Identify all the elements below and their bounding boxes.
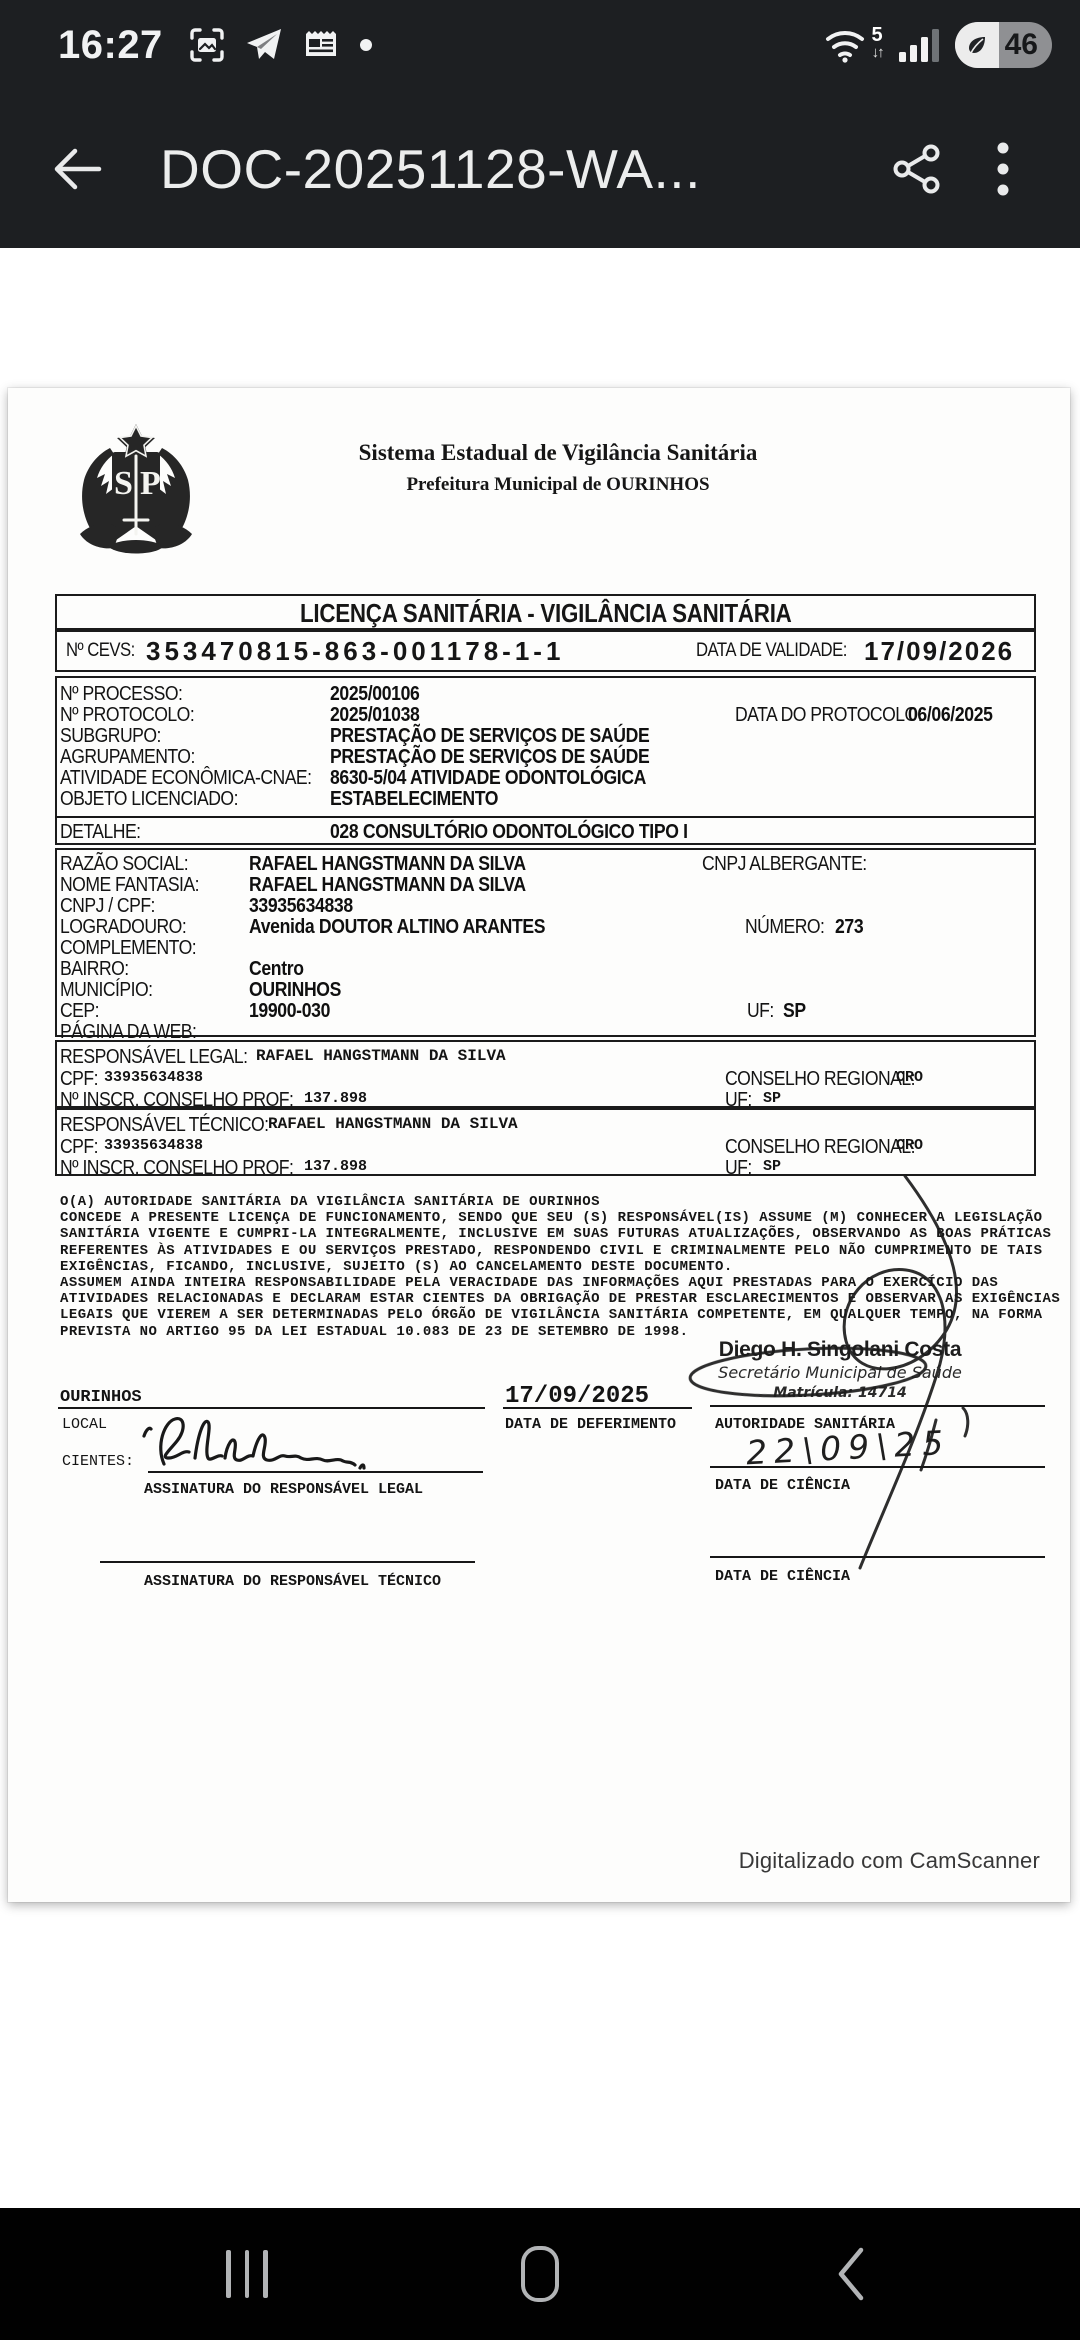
wifi-5g-badge: 5: [872, 25, 883, 45]
uf-value: SP: [763, 1090, 781, 1107]
calendar-icon: [303, 27, 339, 63]
inscr-label: Nº INSCR. CONSELHO PROF:: [60, 1157, 293, 1180]
conselho-value: CRO: [896, 1137, 923, 1154]
navigation-bar: [0, 2208, 1080, 2340]
uf-label: UF:: [747, 1000, 774, 1023]
ciencia-label-2: DATA DE CIÊNCIA: [715, 1568, 850, 1585]
field-label: BAIRRO:: [60, 958, 129, 981]
legal-text-line: CONCEDE A PRESENTE LICENÇA DE FUNCIONAME…: [60, 1210, 1060, 1226]
field-label: SUBGRUPO:: [60, 725, 161, 748]
field-label: Nº PROCESSO:: [60, 683, 182, 706]
back-arrow-icon[interactable]: [34, 126, 120, 212]
back-icon[interactable]: [795, 2208, 905, 2340]
field-value: 8630-5/04 ATIVIDADE ODONTOLÓGICA: [330, 767, 646, 790]
cpf-value: 33935634838: [104, 1137, 203, 1154]
legal-text-line: EXIGÊNCIAS, FICANDO, INCLUSIVE, SUJEITO …: [60, 1259, 1060, 1275]
legal-text-line: REFERENTES ÀS ATIVIDADES E OU SERVIÇOS P…: [60, 1243, 1060, 1259]
kebab-menu-icon[interactable]: [960, 126, 1046, 212]
uf-label: UF:: [725, 1157, 752, 1180]
document-page[interactable]: S P Sistema Estadual de Vigilância Sanit…: [8, 388, 1070, 1902]
field-label: AGRUPAMENTO:: [60, 746, 195, 769]
cpf-label: CPF:: [60, 1068, 98, 1091]
field-label: CEP:: [60, 1000, 99, 1023]
resp-legal-name: RAFAEL HANGSTMANN DA SILVA: [256, 1047, 506, 1065]
conselho-label: CONSELHO REGIONAL:: [725, 1068, 915, 1091]
field-value: 19900-030: [249, 1000, 330, 1023]
phone-screen: 16:27: [0, 0, 1080, 2340]
field-label: LOGRADOURO:: [60, 916, 186, 939]
uf-value: SP: [783, 1000, 806, 1023]
cientes-label: CIENTES:: [62, 1453, 134, 1470]
camscanner-watermark: Digitalizado com CamScanner: [640, 1848, 1040, 1874]
field-value: PRESTAÇÃO DE SERVIÇOS DE SAÚDE: [330, 746, 649, 769]
local-label: LOCAL: [62, 1416, 107, 1433]
home-icon[interactable]: [485, 2208, 595, 2340]
inscr-value: 137.898: [304, 1158, 367, 1175]
cnpj-albergante-label: CNPJ ALBERGANTE:: [702, 853, 867, 876]
clock: 16:27: [58, 23, 163, 68]
wifi-traffic-arrows: ↓↑: [872, 45, 883, 60]
field-value: PRESTAÇÃO DE SERVIÇOS DE SAÚDE: [330, 725, 649, 748]
assinatura-legal-line: [148, 1471, 483, 1473]
field-label: OBJETO LICENCIADO:: [60, 788, 238, 811]
battery-percent: 46: [999, 28, 1052, 62]
deferimento-label: DATA DE DEFERIMENTO: [505, 1416, 676, 1433]
assinatura-tecnico-line: [100, 1561, 475, 1563]
field-label: Nº PROTOCOLO:: [60, 704, 194, 727]
field-value: Centro: [249, 958, 304, 981]
stamp-matricula: Matrícula: 14714: [640, 1385, 1040, 1401]
resp-tecnico-label: RESPONSÁVEL TÉCNICO:: [60, 1114, 269, 1137]
legal-text-line: ATIVIDADES RELACIONADAS E DECLARAM ESTAR…: [60, 1291, 1060, 1307]
field-label: ATIVIDADE ECONÔMICA-CNAE:: [60, 767, 311, 790]
status-bar: 16:27: [0, 0, 1080, 90]
field-value: RAFAEL HANGSTMANN DA SILVA: [249, 853, 526, 876]
local-value: OURINHOS: [60, 1388, 142, 1407]
validade-label: DATA DE VALIDADE:: [696, 640, 847, 662]
share-icon[interactable]: [874, 126, 960, 212]
cevs-label: Nº CEVS:: [66, 640, 135, 662]
cpf-value: 33935634838: [104, 1069, 203, 1086]
field-label: CNPJ / CPF:: [60, 895, 155, 918]
numero-label: NÚMERO:: [745, 916, 824, 939]
license-title: LICENÇA SANITÁRIA - VIGILÂNCIA SANITÁRIA: [300, 596, 792, 630]
screenshot-icon: [189, 27, 225, 63]
telegram-icon: [245, 28, 283, 62]
doc-header-line1: Sistema Estadual de Vigilância Sanitária: [248, 440, 868, 466]
assinatura-legal-label: ASSINATURA DO RESPONSÁVEL LEGAL: [144, 1481, 423, 1498]
field-value: 33935634838: [249, 895, 353, 918]
stamp-name: Diego H. Singolani Costa: [640, 1338, 1040, 1362]
field-value: 2025/00106: [330, 683, 419, 706]
conselho-value: CRO: [896, 1069, 923, 1086]
field-label: NOME FANTASIA:: [60, 874, 199, 897]
validade-value: 17/09/2026: [864, 636, 1014, 667]
app-bar: DOC-20251128-WA...: [0, 90, 1080, 248]
data-protocolo-value: 06/06/2025: [908, 704, 993, 727]
ciencia-label-1: DATA DE CIÊNCIA: [715, 1477, 850, 1494]
ciencia-line-2: [710, 1556, 1045, 1558]
cpf-label: CPF:: [60, 1136, 98, 1159]
field-label: RAZÃO SOCIAL:: [60, 853, 188, 876]
conselho-label: CONSELHO REGIONAL:: [725, 1136, 915, 1159]
data-protocolo-label: DATA DO PROTOCOLO:: [735, 704, 922, 727]
field-label: COMPLEMENTO:: [60, 937, 196, 960]
uf-value: SP: [763, 1158, 781, 1175]
field-value: Avenida DOUTOR ALTINO ARANTES: [249, 916, 545, 939]
field-label: MUNICÍPIO:: [60, 979, 153, 1002]
license-title-box: LICENÇA SANITÁRIA - VIGILÂNCIA SANITÁRIA: [55, 594, 1036, 630]
detalhe-divider: [55, 816, 1036, 818]
doc-header-line2: Prefeitura Municipal de OURINHOS: [248, 474, 868, 496]
svg-text:P: P: [140, 465, 161, 502]
stamp-role: Secretário Municipal de Saúde: [640, 1363, 1040, 1382]
sao-paulo-coat-of-arms: S P: [68, 422, 204, 562]
legal-text-line: O(A) AUTORIDADE SANITÁRIA DA VIGILÂNCIA …: [60, 1194, 1060, 1210]
recents-icon[interactable]: [192, 2208, 302, 2340]
local-line: [58, 1407, 485, 1409]
establishment-box: [55, 848, 1036, 1037]
field-value: 2025/01038: [330, 704, 419, 727]
leaf-icon: [955, 22, 999, 68]
wifi-icon: 5 ↓↑: [824, 25, 883, 65]
field-value: OURINHOS: [249, 979, 341, 1002]
field-value: RAFAEL HANGSTMANN DA SILVA: [249, 874, 526, 897]
cevs-value: 353470815-863-001178-1-1: [146, 636, 564, 667]
detalhe-label: DETALHE:: [60, 821, 141, 844]
legal-text-line: SANITÁRIA VIGENTE E CUMPRI-LA INTEGRALME…: [60, 1226, 1060, 1242]
deferimento-value: 17/09/2025: [505, 1383, 649, 1410]
detalhe-value: 028 CONSULTÓRIO ODONTOLÓGICO TIPO I: [330, 821, 688, 844]
legal-text-line: ASSUMEM AINDA INTEIRA RESPONSABILIDADE P…: [60, 1275, 1060, 1291]
legal-text: O(A) AUTORIDADE SANITÁRIA DA VIGILÂNCIA …: [60, 1194, 1060, 1340]
resp-legal-label: RESPONSÁVEL LEGAL:: [60, 1046, 247, 1069]
notification-dot-icon: [359, 38, 373, 52]
inscr-value: 137.898: [304, 1090, 367, 1107]
deferimento-line: [503, 1407, 692, 1409]
battery-icon: 46: [955, 22, 1052, 68]
numero-value: 273: [835, 916, 863, 939]
ciencia-line-1: [710, 1466, 1045, 1468]
autoridade-line: [710, 1405, 1045, 1407]
legal-text-line: LEGAIS QUE VIEREM A SER DETERMINADAS PEL…: [60, 1307, 1060, 1323]
field-value: ESTABELECIMENTO: [330, 788, 498, 811]
document-title: DOC-20251128-WA...: [160, 137, 874, 201]
assinatura-tecnico-label: ASSINATURA DO RESPONSÁVEL TÉCNICO: [144, 1573, 441, 1590]
svg-text:S: S: [114, 465, 133, 502]
resp-tecnico-name: RAFAEL HANGSTMANN DA SILVA: [268, 1115, 518, 1133]
signal-strength-icon: [899, 28, 939, 62]
